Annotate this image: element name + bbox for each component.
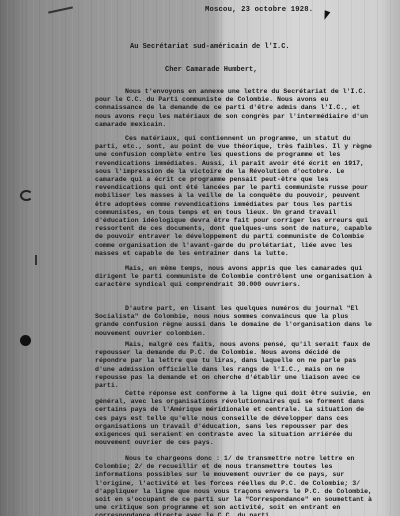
ink-mark-icon — [322, 10, 331, 21]
punch-hole-ring-icon — [20, 190, 33, 201]
paragraph-decision: Mais, malgré ces faits, nous avons pensé… — [95, 341, 375, 390]
pencil-tick-icon — [35, 255, 37, 265]
paragraph-instructions: Nous te chargeons donc : 1/ de transmett… — [95, 455, 375, 516]
dateline: Moscou, 23 octobre 1928. — [205, 6, 313, 14]
paragraph-text: Mais, en même temps, nous avons appris q… — [95, 265, 372, 288]
paragraph-annex-letter: Nous t'envoyons en annexe une lettre du … — [95, 88, 375, 129]
paragraph-text: Nous te chargeons donc : 1/ de transmett… — [95, 455, 372, 516]
paragraph-text: Cette réponse est conforme à la ligne qu… — [95, 390, 370, 446]
punch-hole-dot-icon — [20, 335, 31, 346]
paragraph-materials-critique: Ces matériaux, qui contiennent un progra… — [95, 135, 375, 258]
paragraph-text: D'autre part, en lisant les quelques num… — [95, 305, 372, 337]
letter-page: Moscou, 23 octobre 1928. Au Secrétariat … — [0, 0, 400, 516]
salutation: Cher Camarade Humbert, — [165, 66, 257, 74]
paragraph-text: Nous t'envoyons en annexe une lettre du … — [95, 88, 368, 128]
paragraph-text: Ces matériaux, qui contiennent un progra… — [95, 135, 372, 257]
paragraph-el-socialista: D'autre part, en lisant les quelques num… — [95, 305, 375, 338]
paragraph-syndical-organisation: Mais, en même temps, nous avons appris q… — [95, 265, 375, 290]
recipient-line: Au Secrétariat sud-américain de l'I.C. — [130, 43, 290, 51]
corner-scribble-mark — [48, 6, 73, 13]
paragraph-general-line: Cette réponse est conforme à la ligne qu… — [95, 390, 375, 447]
paragraph-text: Mais, malgré ces faits, nous avons pensé… — [95, 341, 370, 389]
